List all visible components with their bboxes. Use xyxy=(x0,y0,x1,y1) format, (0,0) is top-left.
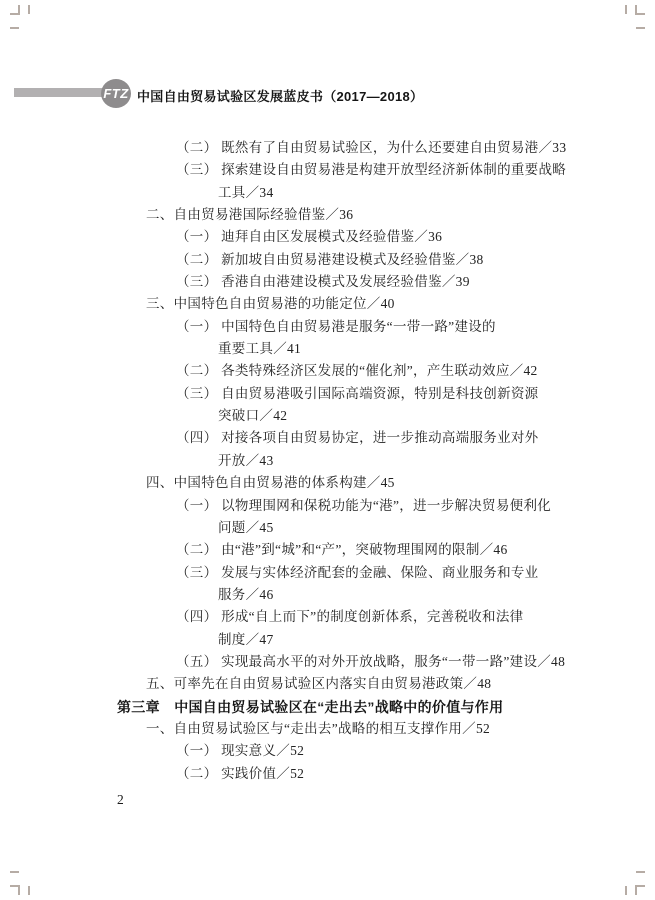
toc-line: （一） 迪拜自由区发展模式及经验借鉴／36 xyxy=(0,226,655,248)
toc-line: （一） 以物理围网和保税功能为“港”，进一步解决贸易便利化 xyxy=(0,495,655,517)
header-rule-bar xyxy=(14,88,105,97)
crop-mark xyxy=(635,885,637,895)
crop-mark xyxy=(18,885,20,895)
toc-line: （三） 香港自由港建设模式及发展经验借鉴／39 xyxy=(0,271,655,293)
toc-line-continuation: 服务／46 xyxy=(0,584,655,606)
toc-line-continuation: 工具／34 xyxy=(0,182,655,204)
crop-mark xyxy=(10,27,19,29)
toc-line: （二） 由“港”到“城”和“产”，突破物理围网的限制／46 xyxy=(0,539,655,561)
crop-mark xyxy=(625,886,627,895)
crop-mark xyxy=(18,5,20,15)
toc-line: （三） 发展与实体经济配套的金融、保险、商业服务和专业 xyxy=(0,562,655,584)
toc-line: 五、可率先在自由贸易试验区内落实自由贸易港政策／48 xyxy=(0,673,655,695)
table-of-contents: （二） 既然有了自由贸易试验区，为什么还要建自由贸易港／33 （三） 探索建设自… xyxy=(0,137,655,785)
toc-line-continuation: 制度／47 xyxy=(0,629,655,651)
toc-line: （三） 探索建设自由贸易港是构建开放型经济新体制的重要战略 xyxy=(0,159,655,181)
toc-line: （一） 中国特色自由贸易港是服务“一带一路”建设的 xyxy=(0,316,655,338)
toc-line-continuation: 突破口／42 xyxy=(0,405,655,427)
toc-line: （四） 形成“自上而下”的制度创新体系，完善税收和法律 xyxy=(0,606,655,628)
toc-line: （三） 自由贸易港吸引国际高端资源，特别是科技创新资源 xyxy=(0,383,655,405)
toc-line: （五） 实现最高水平的对外开放战略，服务“一带一路”建设／48 xyxy=(0,651,655,673)
running-head-title: 中国自由贸易试验区发展蓝皮书（2017—2018） xyxy=(137,86,423,105)
toc-chapter-heading: 第三章 中国自由贸易试验区在“走出去”战略中的价值与作用 xyxy=(0,696,655,718)
toc-line: 三、中国特色自由贸易港的功能定位／40 xyxy=(0,293,655,315)
book-page: { "header": { "logo": "FTZ", "title": "中… xyxy=(0,0,655,900)
toc-line: （二） 实践价值／52 xyxy=(0,763,655,785)
toc-line: （四） 对接各项自由贸易协定，进一步推动高端服务业对外 xyxy=(0,427,655,449)
toc-line: 二、自由贸易港国际经验借鉴／36 xyxy=(0,204,655,226)
toc-line-continuation: 重要工具／41 xyxy=(0,338,655,360)
toc-line-continuation: 问题／45 xyxy=(0,517,655,539)
page-number: 2 xyxy=(117,792,124,808)
toc-line: （二） 既然有了自由贸易试验区，为什么还要建自由贸易港／33 xyxy=(0,137,655,159)
toc-line: （一） 现实意义／52 xyxy=(0,740,655,762)
toc-line: （二） 新加坡自由贸易港建设模式及经验借鉴／38 xyxy=(0,249,655,271)
crop-mark xyxy=(10,871,19,873)
crop-mark xyxy=(636,871,645,873)
crop-mark xyxy=(636,27,645,29)
toc-line: 一、自由贸易试验区与“走出去”战略的相互支撑作用／52 xyxy=(0,718,655,740)
toc-line: 四、中国特色自由贸易港的体系构建／45 xyxy=(0,472,655,494)
toc-line-continuation: 开放／43 xyxy=(0,450,655,472)
crop-mark xyxy=(28,5,30,14)
crop-mark xyxy=(28,886,30,895)
crop-mark xyxy=(625,5,627,14)
crop-mark xyxy=(635,5,637,15)
toc-line: （二） 各类特殊经济区发展的“催化剂”，产生联动效应／42 xyxy=(0,360,655,382)
ftz-logo-icon: FTZ xyxy=(101,79,131,108)
